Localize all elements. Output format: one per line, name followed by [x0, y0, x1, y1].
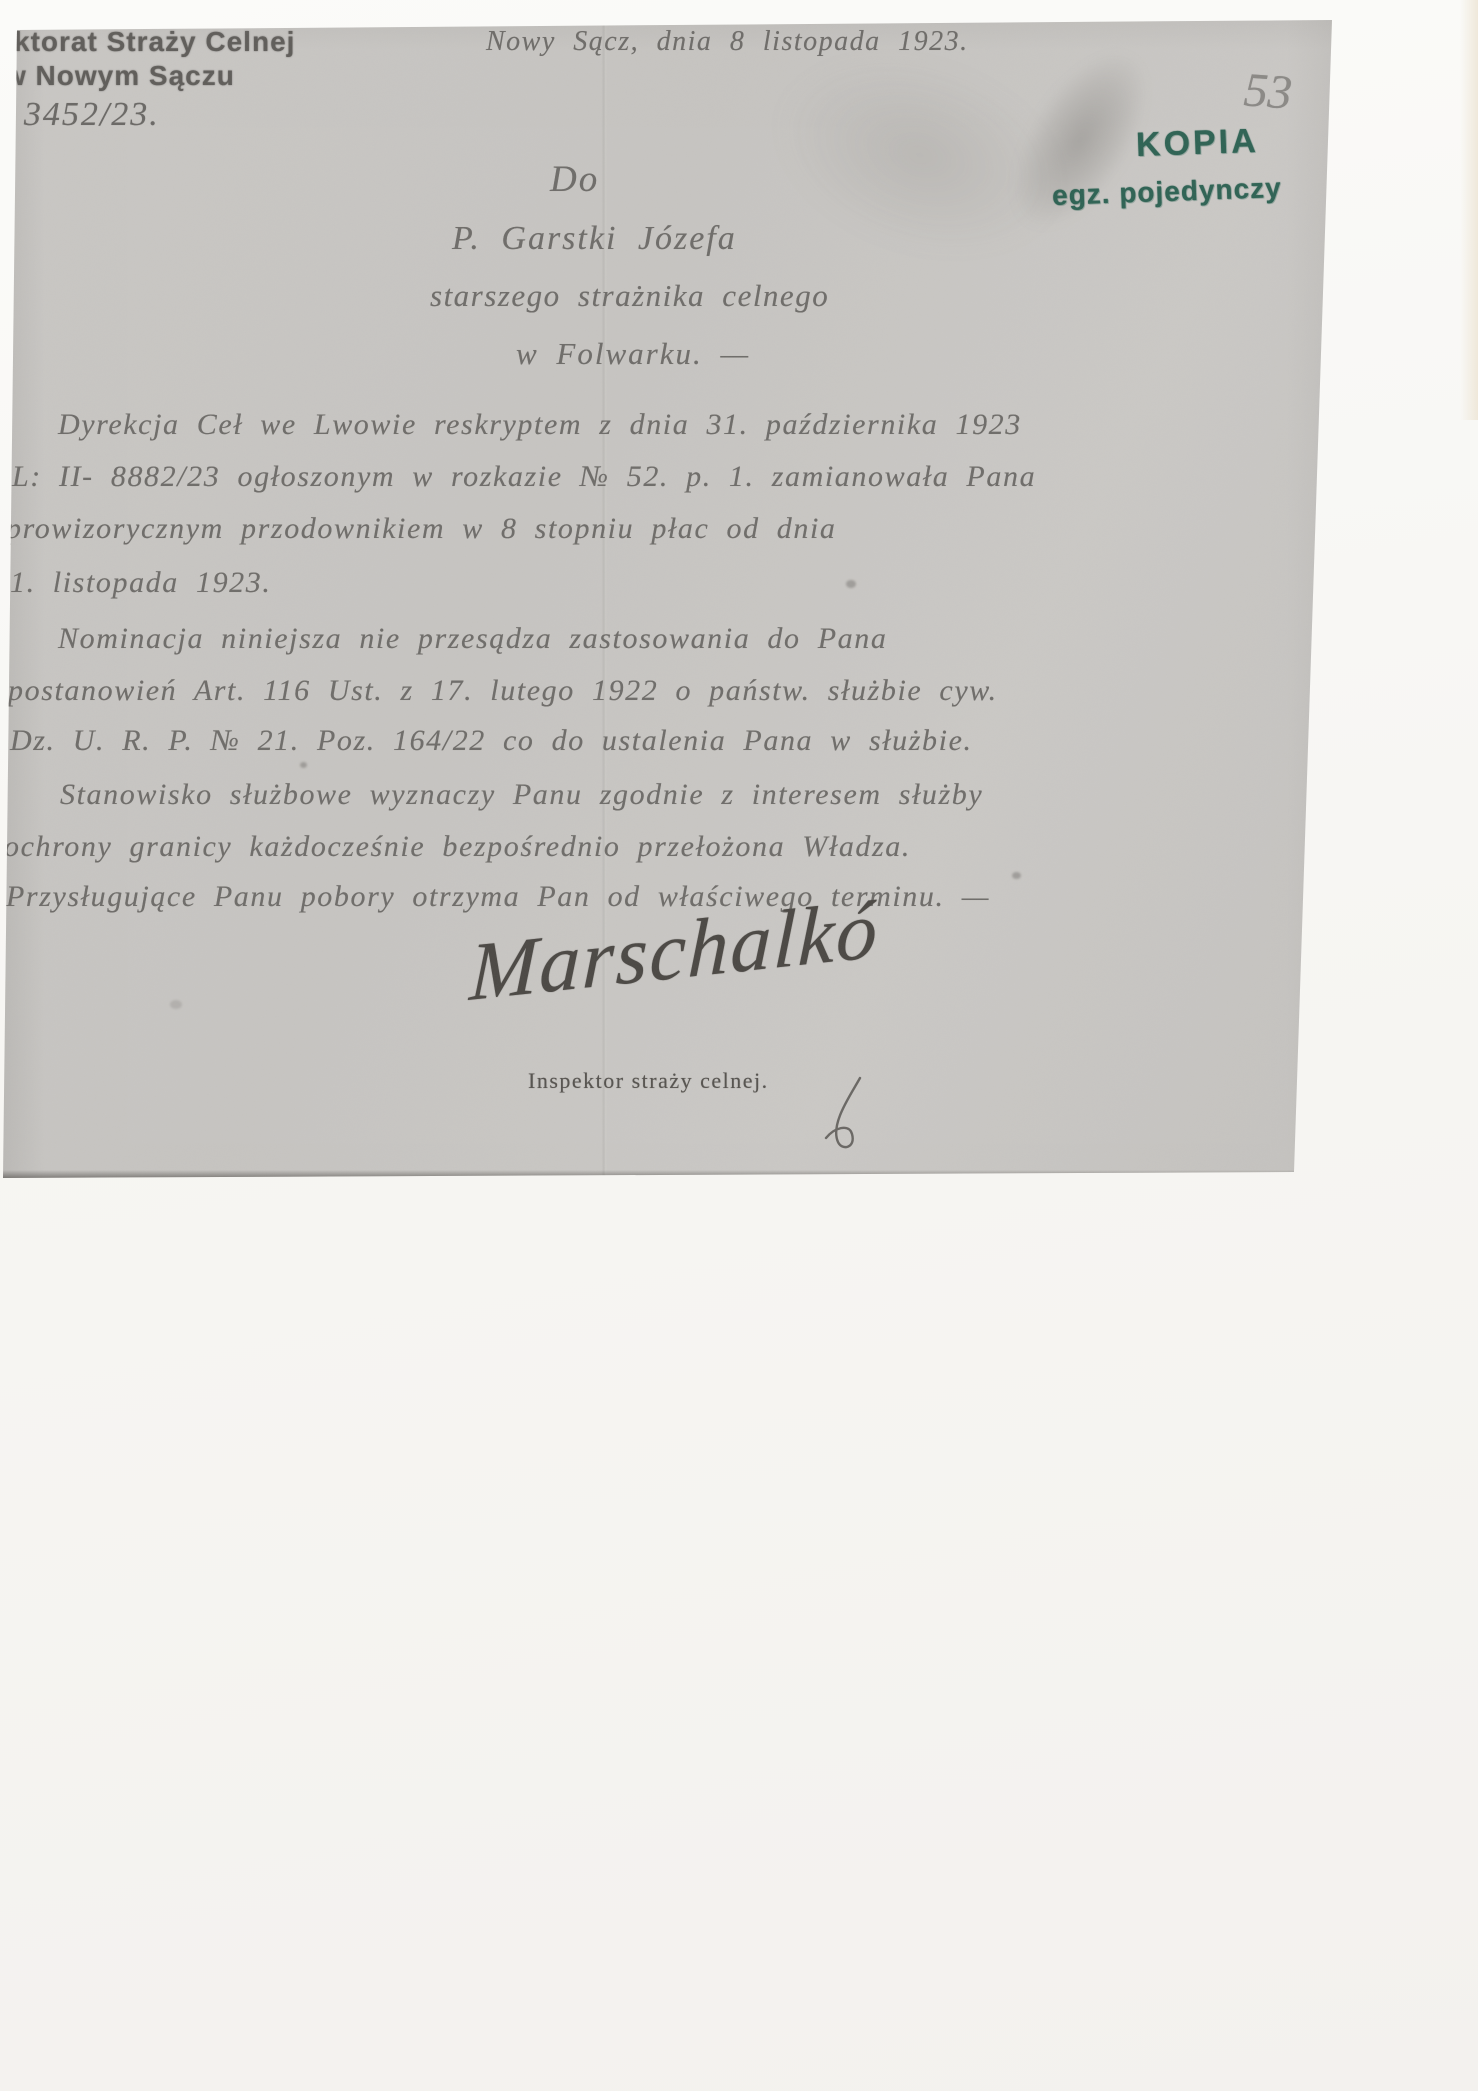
scanner-backing-edge	[1460, 0, 1478, 420]
smudge-stain	[748, 18, 1092, 291]
signature-title: Inspektor straży celnej.	[528, 1068, 769, 1094]
kopia-stamp: KOPIA	[1135, 122, 1259, 165]
signature-flourish-stroke	[812, 1076, 882, 1156]
body-line: postanowień Art. 116 Ust. z 17. lutego 1…	[8, 674, 998, 708]
address-place: w Folwarku. —	[516, 336, 750, 372]
dateline: Nowy Sącz, dnia 8 listopada 1923.	[486, 26, 969, 58]
paper-bottom-edge	[0, 1170, 1346, 1180]
ink-speck	[170, 1000, 182, 1009]
page-number-pencil: 53	[1242, 62, 1294, 120]
address-name: P. Garstki Józefa	[452, 220, 737, 258]
body-line: Dz. U. R. P. № 21. Poz. 164/22 co do ust…	[10, 724, 973, 758]
body-line: Dyrekcja Ceł we Lwowie reskryptem z dnia…	[58, 408, 1022, 442]
address-salutation: Do	[550, 158, 599, 201]
ink-speck	[1012, 872, 1021, 879]
ink-speck	[300, 762, 307, 768]
letterhead-line-1: ktorat Straży Celnej	[14, 26, 295, 58]
fold-crease	[602, 20, 606, 1180]
letterhead-line-2: w Nowym Sączu	[4, 60, 235, 92]
kopia-stamp-subtitle: egz. pojedynczy	[1052, 172, 1283, 212]
body-line: 1. listopada 1923.	[10, 566, 271, 600]
address-role: starszego strażnika celnego	[430, 278, 829, 314]
body-line: Stanowisko służbowe wyznaczy Panu zgodni…	[60, 778, 983, 812]
body-line: ochrony granicy każdocześnie bezpośredni…	[4, 830, 911, 864]
ink-speck	[846, 580, 856, 588]
scanned-letter: ktorat Straży Celnej w Nowym Sączu : 345…	[0, 20, 1346, 1180]
body-line: L: II- 8882/23 ogłoszonym w rozkazie № 5…	[12, 460, 1036, 494]
body-line: Nominacja niniejsza nie przesądza zastos…	[58, 622, 887, 656]
body-line: prowizorycznym przodownikiem w 8 stopniu…	[6, 512, 837, 546]
reference-number: : 3452/23.	[0, 96, 160, 134]
